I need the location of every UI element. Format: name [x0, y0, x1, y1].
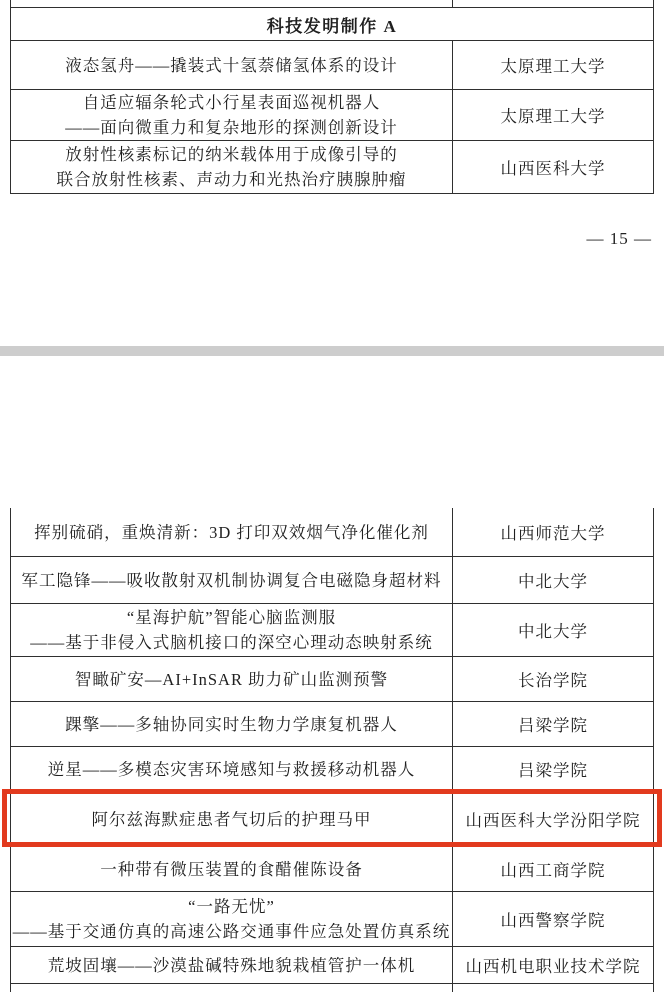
project-title: 一种带有微压装置的食醋催陈设备	[100, 857, 363, 882]
project-subtitle: ——基于交通仿真的高速公路交通事件应急处置仿真系统	[13, 919, 451, 944]
table-row-partial	[11, 0, 653, 7]
school-cell: 山西医科大学	[453, 141, 653, 193]
school-name: 山西工商学院	[501, 857, 606, 881]
school-name: 吕梁学院	[518, 712, 588, 736]
school-cell: 中北大学	[453, 557, 653, 603]
school-name: 中北大学	[518, 568, 588, 592]
table-row: 军工隐锋——吸收散射双机制协调复合电磁隐身超材料 中北大学	[11, 556, 653, 603]
school-name: 山西医科大学汾阳学院	[466, 807, 641, 831]
project-title: 逆星——多模态灾害环境感知与救援移动机器人	[48, 757, 416, 782]
school-cell: 太原理工大学	[453, 41, 653, 89]
project-cell: 阿尔兹海默症患者气切后的护理马甲	[11, 792, 453, 846]
school-cell	[453, 0, 653, 7]
school-name: 太原理工大学	[501, 103, 606, 127]
project-cell: 放射性核素标记的纳米载体用于成像引导的 联合放射性核素、声动力和光热治疗胰腺肿瘤	[11, 141, 453, 193]
project-cell: “一路无忧” ——基于交通仿真的高速公路交通事件应急处置仿真系统	[11, 892, 453, 946]
school-cell: 吕梁学院	[453, 747, 653, 791]
category-header: 科技发明制作 A	[11, 8, 653, 40]
table-row-highlighted: 阿尔兹海默症患者气切后的护理马甲 山西医科大学汾阳学院	[11, 791, 653, 846]
project-title: 智瞰矿安—AI+InSAR 助力矿山监测预警	[75, 667, 388, 692]
project-title: 放射性核素标记的纳米载体用于成像引导的	[65, 142, 398, 167]
table-row: 踝擎——多轴协同实时生物力学康复机器人 吕梁学院	[11, 701, 653, 746]
project-cell: 智瞰矿安—AI+InSAR 助力矿山监测预警	[11, 657, 453, 701]
table-row: “星海护航”智能心脑监测服 ——基于非侵入式脑机接口的深空心理动态映射系统 中北…	[11, 603, 653, 656]
school-cell: 山西医科大学汾阳学院	[453, 792, 653, 846]
table-row: 荒坡固壤——沙漠盐碱特殊地貌栽植管护一体机 山西机电职业技术学院	[11, 946, 653, 984]
school-cell: 山西机电职业技术学院	[453, 947, 653, 983]
project-cell	[11, 984, 453, 992]
project-cell: 自适应辐条轮式小行星表面巡视机器人 ——面向微重力和复杂地形的探测创新设计	[11, 90, 453, 140]
project-title: 液态氢舟——撬装式十氢萘储氢体系的设计	[65, 53, 398, 78]
table-row: “一路无忧” ——基于交通仿真的高速公路交通事件应急处置仿真系统 山西警察学院	[11, 891, 653, 946]
school-cell	[453, 984, 653, 992]
project-cell: 军工隐锋——吸收散射双机制协调复合电磁隐身超材料	[11, 557, 453, 603]
table-row: 逆星——多模态灾害环境感知与救援移动机器人 吕梁学院	[11, 746, 653, 791]
school-cell: 太原理工大学	[453, 90, 653, 140]
project-cell: “星海护航”智能心脑监测服 ——基于非侵入式脑机接口的深空心理动态映射系统	[11, 604, 453, 656]
school-name: 长治学院	[518, 667, 588, 691]
table-row: 智瞰矿安—AI+InSAR 助力矿山监测预警 长治学院	[11, 656, 653, 701]
table-row: 一种带有微压装置的食醋催陈设备 山西工商学院	[11, 846, 653, 891]
school-name: 山西医科大学	[501, 155, 606, 179]
school-cell: 中北大学	[453, 604, 653, 656]
table-row: 放射性核素标记的纳米载体用于成像引导的 联合放射性核素、声动力和光热治疗胰腺肿瘤…	[11, 140, 653, 194]
school-name: 山西机电职业技术学院	[466, 953, 641, 977]
table-row: 自适应辐条轮式小行星表面巡视机器人 ——面向微重力和复杂地形的探测创新设计 太原…	[11, 89, 653, 140]
project-subtitle: ——基于非侵入式脑机接口的深空心理动态映射系统	[30, 630, 433, 655]
school-name: 太原理工大学	[501, 53, 606, 77]
project-title: “星海护航”智能心脑监测服	[127, 605, 336, 630]
project-cell: 一种带有微压装置的食醋催陈设备	[11, 847, 453, 891]
school-cell: 山西工商学院	[453, 847, 653, 891]
project-cell: 液态氢舟——撬装式十氢萘储氢体系的设计	[11, 41, 453, 89]
school-name: 中北大学	[518, 618, 588, 642]
table-row: 挥别硫硝，重焕清新：3D 打印双效烟气净化催化剂 山西师范大学	[11, 508, 653, 556]
project-cell: 荒坡固壤——沙漠盐碱特殊地貌栽植管护一体机	[11, 947, 453, 983]
school-cell: 山西警察学院	[453, 892, 653, 946]
document-page: 科技发明制作 A 液态氢舟——撬装式十氢萘储氢体系的设计 太原理工大学 自适应辐…	[0, 0, 664, 993]
project-title: “一路无忧”	[188, 894, 275, 919]
project-title: 阿尔兹海默症患者气切后的护理马甲	[92, 807, 372, 832]
school-name: 吕梁学院	[518, 757, 588, 781]
table-row: 液态氢舟——撬装式十氢萘储氢体系的设计 太原理工大学	[11, 40, 653, 89]
project-title: 荒坡固壤——沙漠盐碱特殊地貌栽植管护一体机	[48, 953, 416, 978]
school-cell: 吕梁学院	[453, 702, 653, 746]
award-table-top: 科技发明制作 A 液态氢舟——撬装式十氢萘储氢体系的设计 太原理工大学 自适应辐…	[10, 0, 654, 194]
project-cell: 逆星——多模态灾害环境感知与救援移动机器人	[11, 747, 453, 791]
school-cell: 山西师范大学	[453, 508, 653, 556]
school-name: 山西师范大学	[501, 520, 606, 544]
project-title: 自适应辐条轮式小行星表面巡视机器人	[83, 90, 381, 115]
project-subtitle: 联合放射性核素、声动力和光热治疗胰腺肿瘤	[57, 167, 407, 192]
award-table-bottom: 挥别硫硝，重焕清新：3D 打印双效烟气净化催化剂 山西师范大学 军工隐锋——吸收…	[10, 508, 654, 992]
project-title: 军工隐锋——吸收散射双机制协调复合电磁隐身超材料	[22, 568, 442, 593]
project-title: 踝擎——多轴协同实时生物力学康复机器人	[65, 712, 398, 737]
project-cell: 挥别硫硝，重焕清新：3D 打印双效烟气净化催化剂	[11, 508, 453, 556]
page-divider-bar	[0, 346, 664, 356]
project-cell	[11, 0, 453, 7]
project-cell: 踝擎——多轴协同实时生物力学康复机器人	[11, 702, 453, 746]
project-subtitle: ——面向微重力和复杂地形的探测创新设计	[65, 115, 398, 140]
project-title: 挥别硫硝，重焕清新：3D 打印双效烟气净化催化剂	[34, 520, 429, 545]
school-cell: 长治学院	[453, 657, 653, 701]
page-number: — 15 —	[587, 229, 653, 249]
table-row-partial	[11, 984, 653, 992]
table-header-row: 科技发明制作 A	[11, 7, 653, 40]
school-name: 山西警察学院	[501, 907, 606, 931]
